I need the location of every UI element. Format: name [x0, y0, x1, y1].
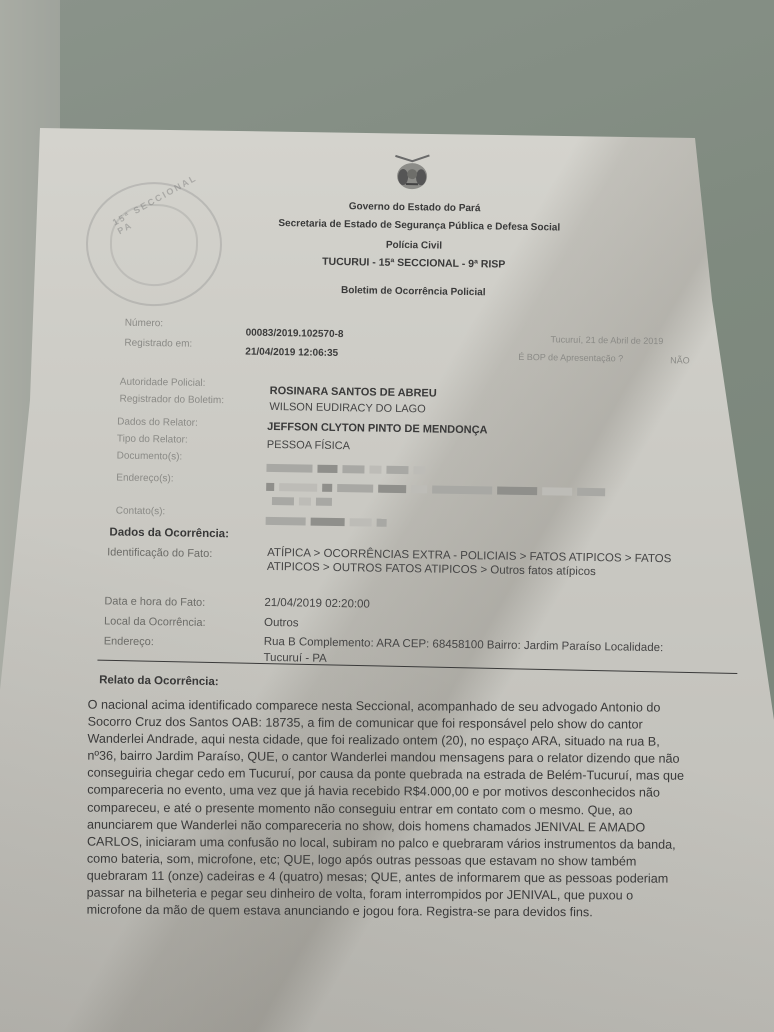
identificacao-label: Identificação do Fato: [107, 546, 212, 560]
tipo-relator-label: Tipo do Relator: [117, 434, 188, 446]
document-title: Boletim de Ocorrência Policial [203, 283, 623, 301]
header-secretaria: Secretaria de Estado de Segurança Públic… [194, 217, 644, 235]
data-fato-label: Data e hora do Fato: [104, 595, 205, 609]
bop-value: NÃO [670, 355, 690, 365]
dados-ocorrencia-title: Dados da Ocorrência: [109, 526, 229, 540]
relato-body: O nacional acima identificado comparece … [87, 697, 758, 923]
local-ocorrencia-label: Local da Ocorrência: [104, 615, 206, 629]
relator-value: JEFFSON CLYTON PINTO DE MENDONÇA [267, 421, 488, 436]
section-divider [97, 660, 737, 674]
contato-redacted [266, 512, 392, 532]
documento-redacted [266, 459, 430, 480]
identificacao-line2: ATIPICOS > OUTROS FATOS ATIPICOS > Outro… [267, 561, 596, 578]
relator-label: Dados do Relator: [117, 417, 198, 429]
endereco-ocorrencia-label: Endereço: [104, 635, 154, 648]
registrador-value: WILSON EUDIRACY DO LAGO [269, 401, 425, 415]
police-report-document: 15ª SECCIONAL PA Governo do Estado do Pa… [0, 0, 774, 1032]
state-coat-of-arms-icon [389, 152, 436, 193]
endereco-ocorrencia-line1: Rua B Complemento: ARA CEP: 68458100 Bai… [264, 636, 664, 654]
seccional-stamp-icon: 15ª SECCIONAL PA [85, 181, 223, 307]
header-policia-civil: Polícia Civil [204, 237, 624, 255]
header-seccional: TUCURUI - 15ª SECCIONAL - 9ª RISP [204, 254, 624, 273]
autoridade-label: Autoridade Policial: [120, 377, 206, 389]
relato-line: microfone da mão de quem estava anuncian… [87, 902, 757, 923]
registrador-label: Registrador do Boletim: [119, 394, 224, 407]
registrado-value: 21/04/2019 12:06:35 [245, 347, 338, 359]
data-fato-value: 21/04/2019 02:20:00 [264, 597, 370, 611]
header-government: Governo do Estado do Pará [205, 199, 625, 217]
local-ocorrencia-value: Outros [264, 617, 299, 630]
registrado-label: Registrado em: [124, 338, 192, 350]
contato-label: Contato(s): [116, 506, 166, 518]
numero-label: Número: [125, 318, 164, 330]
numero-value: 00083/2019.102570-8 [246, 328, 344, 341]
place-date: Tucuruí, 21 de Abril de 2019 [550, 334, 663, 346]
bop-label: É BOP de Apresentação ? [518, 352, 623, 364]
tipo-relator-value: PESSOA FÍSICA [267, 439, 350, 452]
endereco-relator-label: Endereço(s): [116, 473, 173, 485]
relato-title: Relato da Ocorrência: [99, 674, 219, 688]
documento-label: Documento(s): [117, 451, 183, 463]
endereco-relator-redacted-line2 [272, 492, 337, 511]
autoridade-value: ROSINARA SANTOS DE ABREU [270, 385, 437, 400]
